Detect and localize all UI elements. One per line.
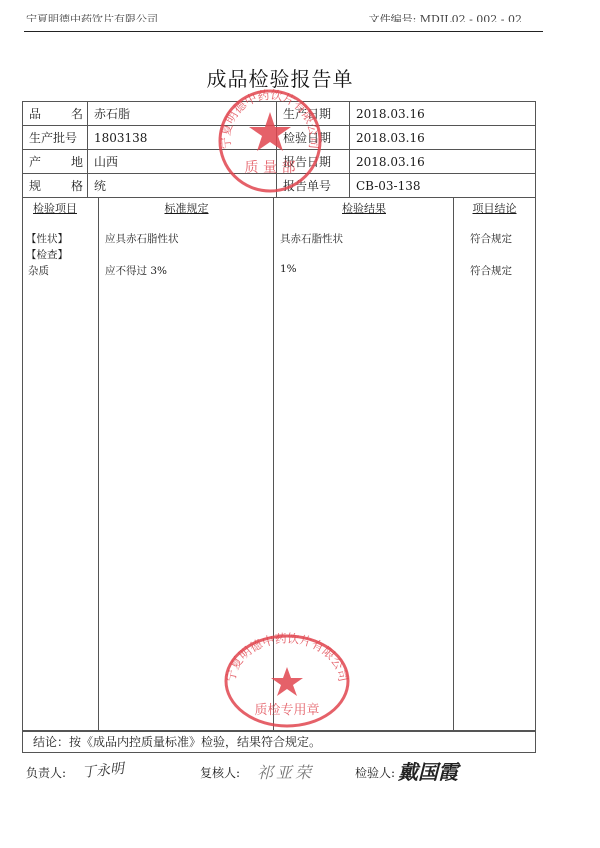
- signature-row: 负责人: 丁永明 复核人: 祁亚荣 检验人: 戴国霞: [0, 758, 600, 788]
- value-inspection-date: 2018.03.16: [350, 126, 536, 150]
- header-company-name: 宁夏明德中药饮片有限公司: [26, 14, 158, 22]
- header-conclusion: 项目结论: [454, 200, 535, 216]
- item-impurities: 杂质: [28, 263, 49, 278]
- value-report-number: CB-03-138: [350, 174, 536, 198]
- info-row-batch-number: 生产批号 1803138 检验日期 2018.03.16: [23, 126, 536, 150]
- conclusion-impurities: 符合规定: [470, 263, 512, 278]
- label-char: 品: [29, 105, 41, 122]
- header-standard: 标准规定: [99, 200, 274, 216]
- inspector-signature: 戴国霞: [398, 756, 458, 785]
- label-product-name: 品 名: [23, 102, 88, 126]
- info-row-specification: 规 格 统 报告单号 CB-03-138: [23, 174, 536, 198]
- info-row-product-name: 品 名 赤石脂 生产日期 2018.03.16: [23, 102, 536, 126]
- column-conclusion: 项目结论 符合规定 符合规定: [453, 197, 535, 730]
- label-inspection-date: 检验日期: [277, 126, 350, 150]
- reviewer-signature: 祁亚荣: [257, 760, 314, 783]
- column-inspection-item: 检验项目 【性状】 【检查】 杂质: [23, 197, 98, 730]
- header-result: 检验结果: [274, 200, 454, 216]
- column-standard: 标准规定 应具赤石脂性状 应不得过 3%: [98, 197, 274, 730]
- label-report-number: 报告单号: [277, 174, 350, 198]
- value-specification: 统: [88, 174, 277, 198]
- header-document-number: 文件编号: MDJL02 - 002 - 02: [369, 14, 522, 22]
- label-batch-number: 生产批号: [23, 126, 88, 150]
- label-production-date: 生产日期: [277, 102, 350, 126]
- value-origin: 山西: [88, 150, 277, 174]
- product-info-table: 品 名 赤石脂 生产日期 2018.03.16 生产批号 1803138 检验日…: [22, 101, 536, 198]
- label-char: 地: [71, 153, 83, 170]
- standard-impurities: 应不得过 3%: [105, 263, 167, 278]
- info-row-origin: 产 地 山西 报告日期 2018.03.16: [23, 150, 536, 174]
- header-divider: [24, 31, 543, 32]
- label-report-date: 报告日期: [277, 150, 350, 174]
- label-char: 规: [29, 177, 41, 194]
- label-char: 名: [71, 105, 83, 122]
- item-appearance: 【性状】: [26, 231, 68, 246]
- overall-conclusion: 结论：按《成品内控质量标准》检验，结果符合规定。: [22, 731, 536, 753]
- responsible-label: 负责人:: [26, 764, 66, 781]
- result-impurities: 1%: [280, 263, 297, 275]
- label-origin: 产 地: [23, 150, 88, 174]
- label-char: 产: [29, 153, 41, 170]
- inspector-label: 检验人:: [355, 764, 395, 781]
- label-char: 格: [71, 177, 83, 194]
- responsible-signature: 丁永明: [81, 758, 125, 782]
- value-batch-number: 1803138: [88, 126, 277, 150]
- value-product-name: 赤石脂: [88, 102, 277, 126]
- value-report-date: 2018.03.16: [350, 150, 536, 174]
- result-appearance: 具赤石脂性状: [280, 231, 343, 246]
- header-inspection-item: 检验项目: [23, 200, 98, 216]
- page-title: 成品检验报告单: [0, 63, 560, 92]
- conclusion-appearance: 符合规定: [470, 231, 512, 246]
- column-result: 检验结果 具赤石脂性状 1%: [273, 197, 454, 730]
- item-checks: 【检查】: [26, 247, 68, 262]
- value-production-date: 2018.03.16: [350, 102, 536, 126]
- label-specification: 规 格: [23, 174, 88, 198]
- inspection-table: 检验项目 【性状】 【检查】 杂质 标准规定 应具赤石脂性状 应不得过 3% 检…: [22, 197, 536, 731]
- reviewer-label: 复核人:: [200, 764, 240, 781]
- standard-appearance: 应具赤石脂性状: [105, 231, 179, 246]
